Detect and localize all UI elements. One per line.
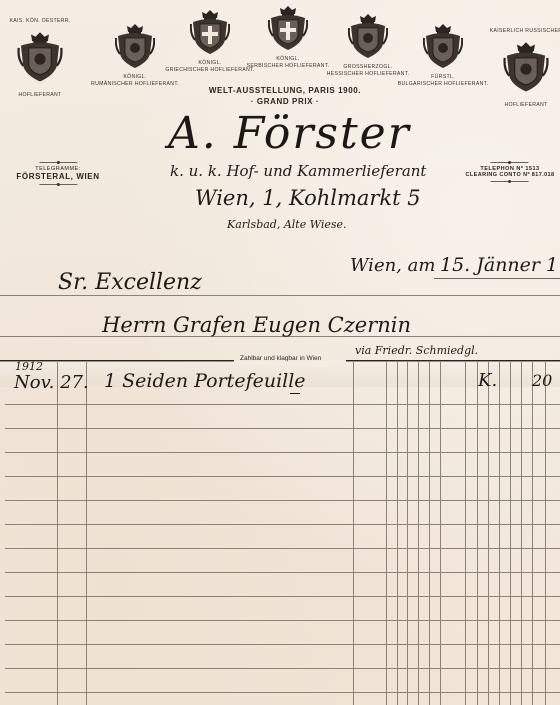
ornament-rule [39,184,77,185]
ledger-column-rule [440,362,441,705]
telegram-address: FÖRSTERAL, WIEN [16,172,99,181]
ledger-column-rule [499,362,500,705]
via-note: via Friedr. Schmiedgl. [355,344,478,357]
crest-warrant-label: GRIECHISCHER HOFLIEFERANT. [165,67,254,74]
entry-currency: K. [478,370,497,391]
crest-title-label: GROSSHERZOGL. [343,64,392,71]
crest-title-label: KAIS. KÖN. OESTERR. [9,18,70,25]
crest-warrant-label: BULGARISCHER HOFLIEFERANT. [398,81,489,88]
coat-of-arms-icon [348,12,388,62]
crest-warrant-label: RUMÄNISCHER HOFLIEFERANT. [91,81,179,88]
ledger-column-rule [465,362,466,705]
coat-of-arms-icon [115,22,155,72]
ornament-rule [39,162,77,163]
entry-date: Nov. 27. [14,372,89,393]
exhibition-line: WELT-AUSSTELLUNG, PARIS 1900. [209,86,361,95]
crest-title-label: KAISERLICH RUSSISCHER [490,28,560,35]
ledger-column-rule [521,362,522,705]
date-underline [434,278,560,279]
grand-prix-line: · GRAND PRIX · [251,97,319,106]
address-branch: Karlsbad, Alte Wiese. [227,218,347,231]
coat-of-arms-icon [500,40,552,96]
ledger-column-rule [545,362,546,705]
crest-title-label: FÜRSTL. [431,74,455,81]
crest-title-label: KÖNIGL. [276,56,299,63]
ledger-column-rule [57,362,58,705]
address-rule [0,295,560,296]
place-date-printed: Wien, am [350,255,435,276]
ledger-column-rule [353,362,354,705]
crest-title-label: KÖNIGL. [123,74,146,81]
firm-title: k. u. k. Hof- und Kammerlieferant [170,162,426,180]
crest-warrant-label: HESSISCHER HOFLIEFERANT. [327,71,410,78]
clearing-account: CLEARING CONTO Nº 817.018 [466,172,555,178]
coat-of-arms-icon [423,22,463,72]
ledger-column-rule [407,362,408,705]
date-handwritten: 15. Jänner 1 [440,254,558,276]
description-dash [290,393,300,394]
address-main: Wien, 1, Kohlmarkt 5 [195,186,421,210]
ledger-column-rule [510,362,511,705]
coat-of-arms-icon [14,30,66,86]
ledger-column-rule [477,362,478,705]
firm-name: A. Förster [168,108,411,159]
ledger-column-rule [532,362,533,705]
ledger-column-rule [429,362,430,705]
telegram-block: TELEGRAMME: FÖRSTERAL, WIEN [16,160,99,187]
ornament-rule [491,162,529,163]
ledger-column-rule [397,362,398,705]
ledger-column-rule [386,362,387,705]
entry-amount: 20 [532,371,552,390]
coat-of-arms-icon [190,8,230,58]
crest-warrant-label: HOFLIEFERANT [504,102,547,109]
entry-description: 1 Seiden Portefeuille [104,370,306,392]
ledger-column-rule [488,362,489,705]
coat-of-arms-icon [268,4,308,54]
ledger-column-rule [418,362,419,705]
recipient: Herrn Grafen Eugen Czernin [102,313,411,337]
crest-warrant-label: HOFLIEFERANT [18,92,61,99]
salutation: Sr. Excellenz [58,270,202,295]
crest-warrant-label: SERBISCHER HOFLIEFERANT. [247,63,330,70]
telephone-block: TELEPHON Nº 1513 CLEARING CONTO Nº 817.0… [466,160,555,184]
ornament-rule [491,181,529,182]
crest-title-label: KÖNIGL. [198,60,221,67]
ledger-column-rule [86,362,87,705]
